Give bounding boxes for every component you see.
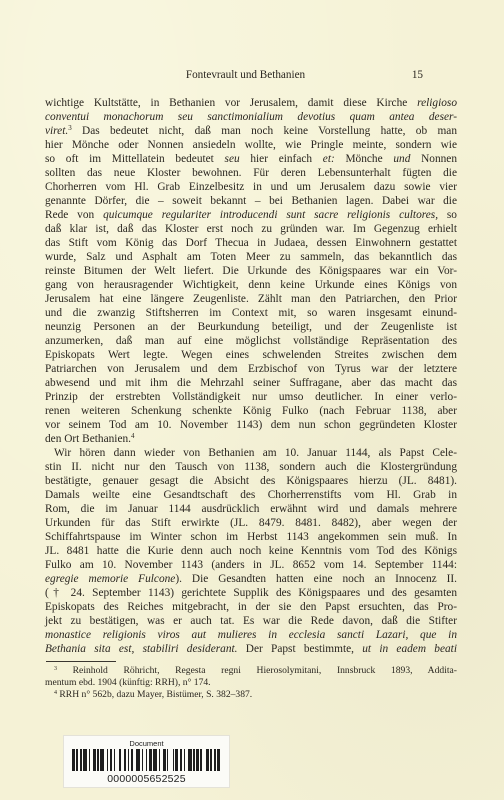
- running-title: Fontevrault und Bethanien: [46, 68, 457, 82]
- text-line: neunzig Personen an der Beurkundung bete…: [45, 320, 457, 334]
- text-line: Damals weilte eine Gesandtschaft des Cho…: [45, 488, 457, 502]
- latin-quote: Bethania sita est, stabiliri desiderant.: [45, 643, 238, 655]
- text-line: Bethania sita est, stabiliri desiderant.…: [45, 642, 457, 656]
- text-line: Episkopats des Reiches mitgebracht, in d…: [45, 600, 457, 614]
- text-line: renen weiteren Schenkung schenkte König …: [45, 404, 457, 418]
- latin-quote: viret.: [45, 125, 68, 137]
- text-line: Prinzip der erstrebten Vollständigkeit n…: [45, 390, 457, 404]
- latin-quote: egregie memorie Fulcone: [45, 573, 175, 585]
- latin-quote: seu: [225, 153, 240, 165]
- latin-quote: religioso: [417, 97, 457, 109]
- text-line: Jerusalem hat eine längere Zeugenliste. …: [45, 292, 457, 306]
- text-line: JL. 8481 hatte die Kurie denn auch noch …: [45, 544, 457, 558]
- text-line: Rede von quicumque regulariter introduce…: [45, 208, 457, 222]
- text-line: monastice religionis viros aut mulieres …: [45, 628, 457, 642]
- scanned-book-page: Fontevrault und Bethanien 15 wichtige Ku…: [0, 0, 504, 800]
- latin-quote: conventui monachorum seu sanctimonialium…: [45, 111, 457, 123]
- text-line: abwesend und mit ihm die Mehrzahl seiner…: [45, 376, 457, 390]
- text-line: stin II. nicht nur den Tausch von 1138, …: [45, 460, 457, 474]
- text-line: († 24. September 1143) gerichtete Suppli…: [45, 586, 457, 600]
- text-line: vor seinem Tod am 10. November 1143) dem…: [45, 418, 457, 432]
- text-line: conventui monachorum seu sanctimonialium…: [45, 110, 457, 124]
- footnote-line: 4 RRH n° 562b, dazu Mayer, Bistümer, S. …: [45, 689, 457, 701]
- footnote-line: 3 Reinhold Röhricht, Regesta regni Hiero…: [45, 665, 457, 677]
- text-line: Wir hören dann wieder von Bethanien am 1…: [45, 446, 457, 460]
- text-line: Episkopats Wert legte. Wegen eines schwe…: [45, 348, 457, 362]
- text-line: wichtige Kultstätte, in Bethanien vor Je…: [45, 96, 457, 110]
- page-number: 15: [412, 68, 423, 82]
- latin-quote: ut in eadem beati: [362, 643, 457, 655]
- footnote-ref: 3: [54, 666, 57, 672]
- body-text: wichtige Kultstätte, in Bethanien vor Je…: [45, 96, 457, 656]
- text-line: gang von herausragender Wichtigkeit, den…: [45, 278, 457, 292]
- barcode-label: Document 0000005652525: [63, 735, 230, 788]
- text-line: sollten das neue Kloster bewohnen. Für d…: [45, 166, 457, 180]
- footnote-separator: [46, 661, 116, 662]
- latin-quote: et:: [323, 153, 335, 165]
- running-head: Fontevrault und Bethanien 15: [46, 68, 457, 82]
- barcode-icon: [72, 749, 222, 771]
- text-line: und die zwanzig Stiftsherren im Context …: [45, 306, 457, 320]
- footnote-ref: 3: [68, 124, 72, 132]
- text-line: jekt zu bestätigen, was er auch tat. Es …: [45, 614, 457, 628]
- footnotes: 3 Reinhold Röhricht, Regesta regni Hiero…: [45, 665, 457, 701]
- text-line: daß klar ist, daß das Kloster erst noch …: [45, 222, 457, 236]
- latin-quote: monastice religionis viros aut mulieres …: [45, 629, 457, 641]
- text-line: Patriarchen von Jerusalem und dem Erzbis…: [45, 362, 457, 376]
- text-line: Chorherren vom Hl. Grab Einzelbesitz in …: [45, 180, 457, 194]
- latin-quote: quicumque regulariter introducendi sunt …: [103, 209, 438, 221]
- text-line: egregie memorie Fulcone). Die Gesandten …: [45, 572, 457, 586]
- text-line: den Ort Bethanien.4: [45, 432, 457, 446]
- latin-quote: und: [393, 153, 410, 165]
- text-line: Fulko am 10. November 1143 (anders in JL…: [45, 558, 457, 572]
- footnote-ref: 4: [54, 690, 57, 696]
- text-line: so oft im Mittellatein bedeutet seu hier…: [45, 152, 457, 166]
- text-line: das Stift vom König das Dorf Thecua in J…: [45, 236, 457, 250]
- text-line: bestätigte, genauer gesagt die Absicht d…: [45, 474, 457, 488]
- text-line: Rom, die im Januar 1144 ausdrücklich erw…: [45, 502, 457, 516]
- text-line: genannte Dörfer, die – soweit bekannt – …: [45, 194, 457, 208]
- text-line: viret.3 Das bedeutet nicht, daß man noch…: [45, 124, 457, 138]
- text-line: hier Mönche oder Nonnen ansiedeln wollte…: [45, 138, 457, 152]
- footnote-line: mentum ebd. 1904 (künftig: RRH), n° 174.: [45, 677, 457, 689]
- footnote-ref: 4: [131, 432, 135, 440]
- barcode-number: 0000005652525: [64, 773, 229, 785]
- text-line: reinste Bitumen der Welt liefert. Die Ur…: [45, 264, 457, 278]
- text-line: anzumerken, daß man auf eine möglichst v…: [45, 334, 457, 348]
- text-line: Schiffahrtspause im Winter schon im Herb…: [45, 530, 457, 544]
- text-line: wurde, Salz und Asphalt am Toten Meer zu…: [45, 250, 457, 264]
- barcode-caption: Document: [64, 739, 229, 748]
- text-line: Urkunden für das Stift erwirkte (JL. 847…: [45, 516, 457, 530]
